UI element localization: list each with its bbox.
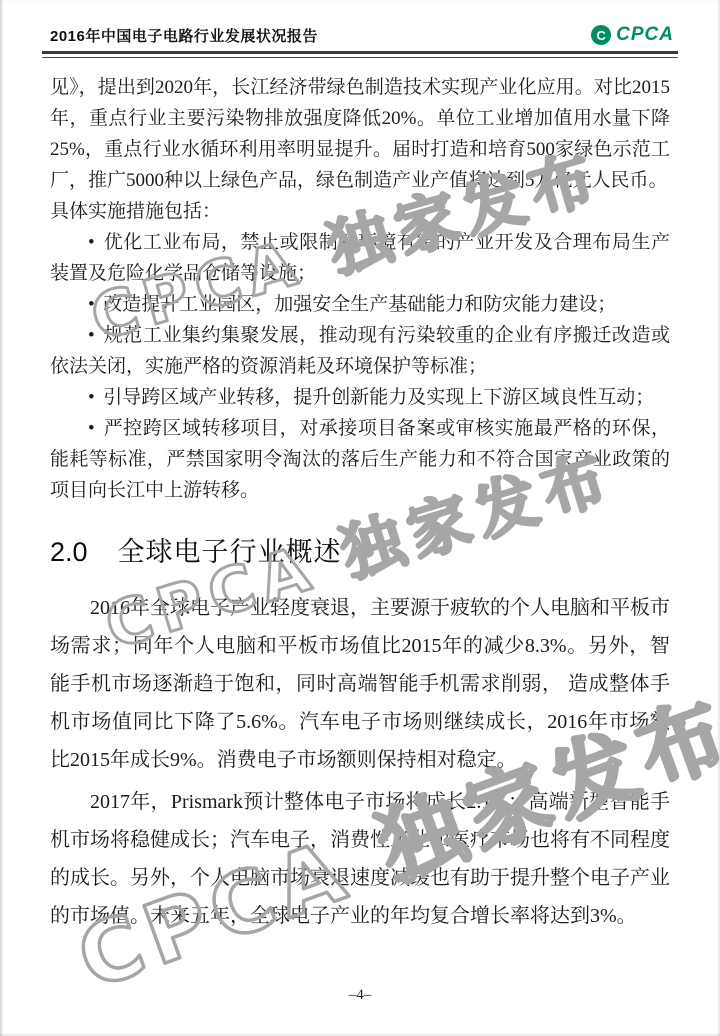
bullet-text: 引导跨区域产业转移，提升创新能力及实现上下游区域良性互动；: [103, 387, 654, 408]
header-rule-thick: [42, 51, 678, 54]
report-title: 2016年中国电子电路行业发展状况报告: [46, 25, 318, 46]
bullet-icon: •: [88, 325, 95, 346]
section-green-manufacturing: 见》，提出到2020年，长江经济带绿色制造技术实现产业化应用。对比2015年，重…: [50, 72, 670, 506]
paragraph-carryover: 见》，提出到2020年，长江经济带绿色制造技术实现产业化应用。对比2015年，重…: [50, 72, 670, 196]
bullet-text: 规范工业集约集聚发展，推动现有污染较重的企业有序搬迁改造或依法关闭，实施严格的资…: [50, 325, 670, 377]
bullet-text: 改造提升工业园区，加强安全生产基础能力和防灾能力建设；: [103, 294, 616, 315]
bullet-item: •引导跨区域产业转移，提升创新能力及实现上下游区域良性互动；: [50, 382, 670, 413]
bullet-item: •严控跨区域转移项目，对承接项目备案或审核实施最严格的环保，能耗等标准，严禁国家…: [50, 413, 670, 506]
bullet-item: •改造提升工业园区，加强安全生产基础能力和防灾能力建设；: [50, 289, 670, 320]
bullet-item: •优化工业布局，禁止或限制对环境有害的产业开发及合理布局生产装置及危险化学品仓储…: [50, 227, 670, 289]
section-heading: 2.0全球电子行业概述: [50, 530, 670, 569]
page-content: 见》，提出到2020年，长江经济带绿色制造技术实现产业化应用。对比2015年，重…: [0, 58, 720, 935]
page-header: 2016年中国电子电路行业发展状况报告 C CPCA: [0, 0, 720, 58]
bullet-icon: •: [88, 387, 95, 408]
scanned-report-page: { "header": { "title": "2016年中国电子电路行业发展状…: [0, 0, 720, 1036]
section-title: 全球电子行业概述: [118, 537, 342, 567]
bullet-text: 优化工业布局，禁止或限制对环境有害的产业开发及合理布局生产装置及危险化学品仓储等…: [50, 232, 670, 284]
bullet-text: 严控跨区域转移项目，对承接项目备案或审核实施最严格的环保，能耗等标准，严禁国家明…: [50, 418, 670, 501]
paragraph-2017: 2017年，Prismark预计整体电子市场将成长2.1%；高端新型智能手机市场…: [50, 783, 670, 935]
paragraph-2016: 2016年全球电子产业轻度衰退，主要源于疲软的个人电脑和平板市场需求；同年个人电…: [50, 589, 670, 779]
page-footer: –4–: [0, 987, 720, 1004]
bullet-icon: •: [88, 294, 95, 315]
paragraph-measures-intro: 具体实施措施包括：: [50, 196, 670, 227]
bullet-item: •规范工业集约集聚发展，推动现有污染较重的企业有序搬迁改造或依法关闭，实施严格的…: [50, 320, 670, 382]
cpca-logo-text: CPCA: [616, 24, 674, 46]
page-number: –4–: [349, 987, 372, 1003]
cpca-logo-icon: C: [591, 25, 611, 45]
bullet-icon: •: [88, 232, 95, 253]
bullet-icon: •: [88, 418, 95, 439]
section-number: 2.0: [50, 537, 88, 567]
cpca-logo: C CPCA: [591, 24, 674, 46]
section-global-electronics: 2016年全球电子产业轻度衰退，主要源于疲软的个人电脑和平板市场需求；同年个人电…: [50, 589, 670, 935]
